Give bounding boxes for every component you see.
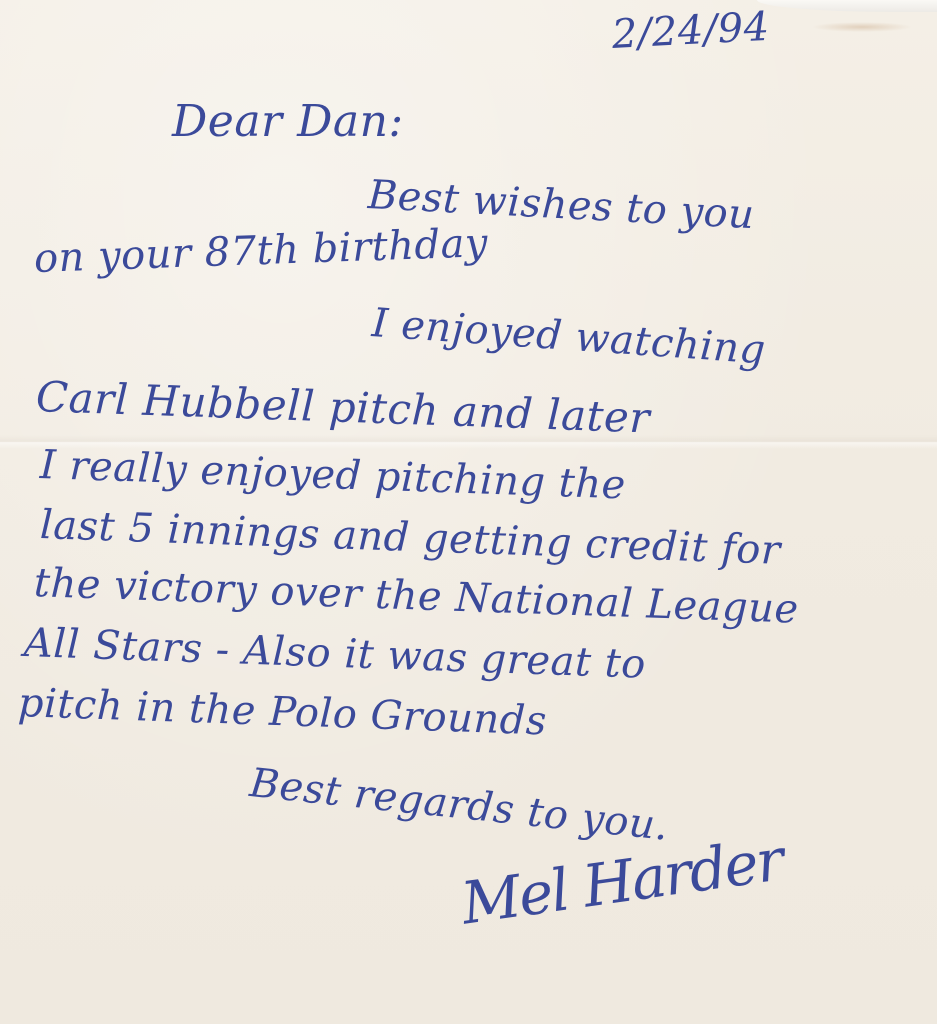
paper-stain (812, 22, 912, 32)
letter-salutation: Dear Dan: (172, 96, 404, 147)
letter-date: 2/24/94 (611, 4, 771, 58)
